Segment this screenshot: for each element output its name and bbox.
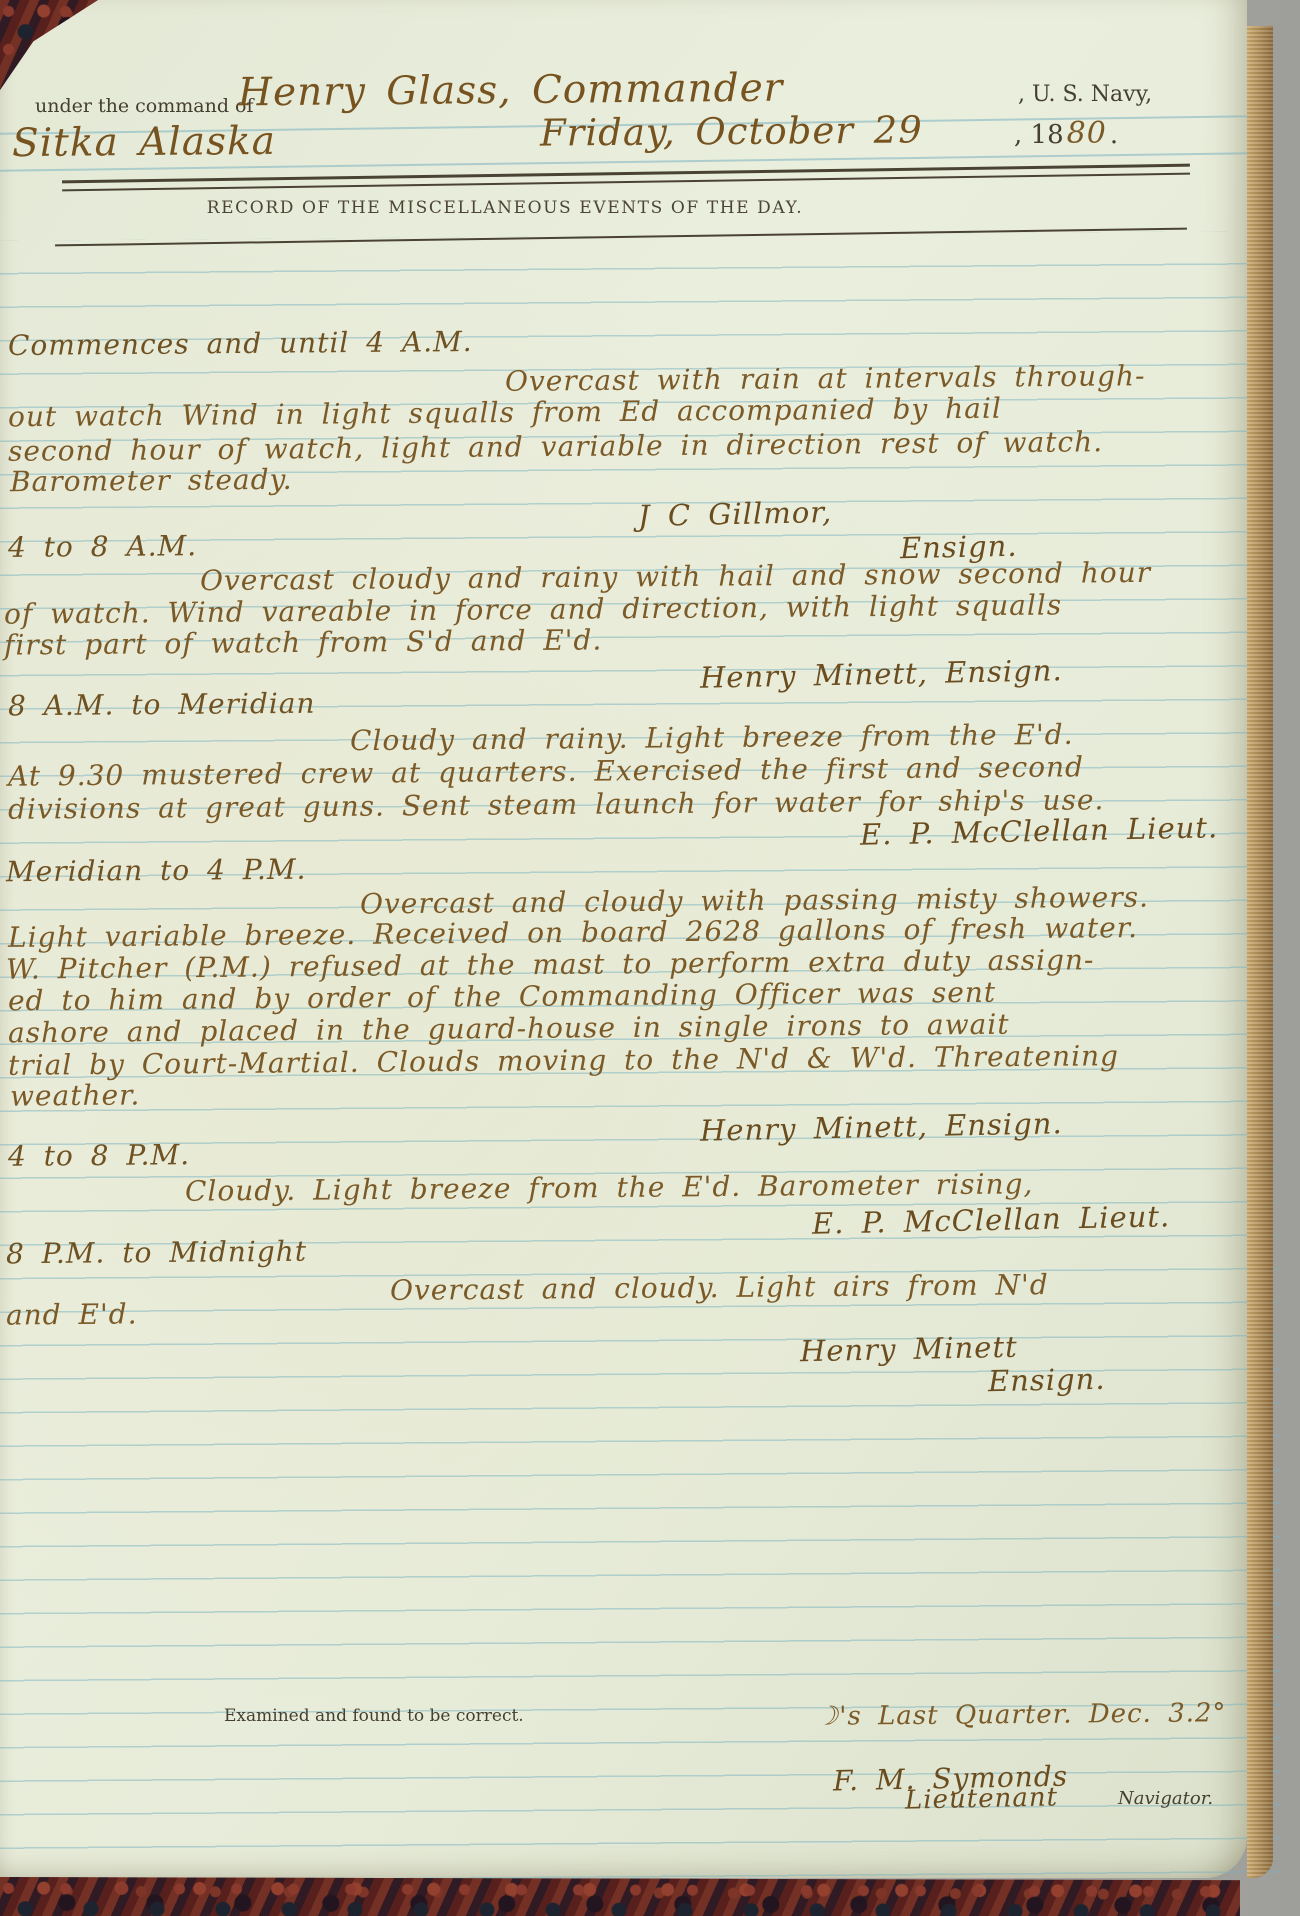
entry-heading: Meridian to 4 P.M.	[6, 853, 307, 889]
commander-name-handwriting: Henry Glass, Commander	[238, 66, 784, 116]
signature: J C Gillmor,	[638, 495, 833, 533]
logbook-page: under the command of Henry Glass, Comman…	[0, 0, 1247, 1878]
location-handwriting: Sitka Alaska	[12, 119, 276, 166]
entry-heading: 8 A.M. to Meridian	[8, 687, 316, 723]
entry-line: first part of watch from S'd and E'd.	[4, 623, 603, 661]
printed-year-prefix: , 18	[1014, 120, 1064, 150]
entry-line: weather.	[10, 1078, 141, 1112]
signature: Henry Minett	[800, 1330, 1018, 1369]
day-date-handwriting: Friday, October 29	[540, 108, 923, 154]
entry-heading: Commences and until 4 A.M.	[8, 325, 473, 362]
record-banner: RECORD OF THE MISCELLANEOUS EVENTS OF TH…	[0, 198, 1010, 218]
entry-line: and E'd.	[6, 1297, 138, 1331]
entry-heading: 4 to 8 P.M.	[8, 1138, 190, 1173]
entry-line: Overcast and cloudy. Light airs from N'd	[390, 1268, 1049, 1307]
entry-heading: 8 P.M. to Midnight	[6, 1235, 307, 1271]
printed-us-navy: , U. S. Navy,	[1018, 82, 1152, 107]
printed-command-prefix: under the command of	[35, 95, 254, 117]
moon-phase-note: ☽'s Last Quarter. Dec. 3.2°	[815, 1698, 1227, 1732]
examined-printed-note: Examined and found to be correct.	[224, 1706, 524, 1726]
entry-heading: 4 to 8 A.M.	[8, 529, 197, 564]
year-group: , 18 80 .	[1014, 116, 1118, 151]
entry-line: Barometer steady.	[10, 463, 293, 498]
marbled-cover-bottom	[0, 1877, 1240, 1916]
year-handwriting: 80	[1067, 116, 1107, 151]
signature-rank: Ensign.	[988, 1362, 1106, 1398]
entry-line: Overcast with rain at intervals through-	[505, 359, 1146, 398]
book-fore-edge	[1247, 26, 1273, 1878]
navigator-rank: Lieutenant	[905, 1782, 1059, 1815]
navigator-printed-label: Navigator.	[1118, 1788, 1213, 1809]
printed-year-period: .	[1110, 120, 1118, 150]
